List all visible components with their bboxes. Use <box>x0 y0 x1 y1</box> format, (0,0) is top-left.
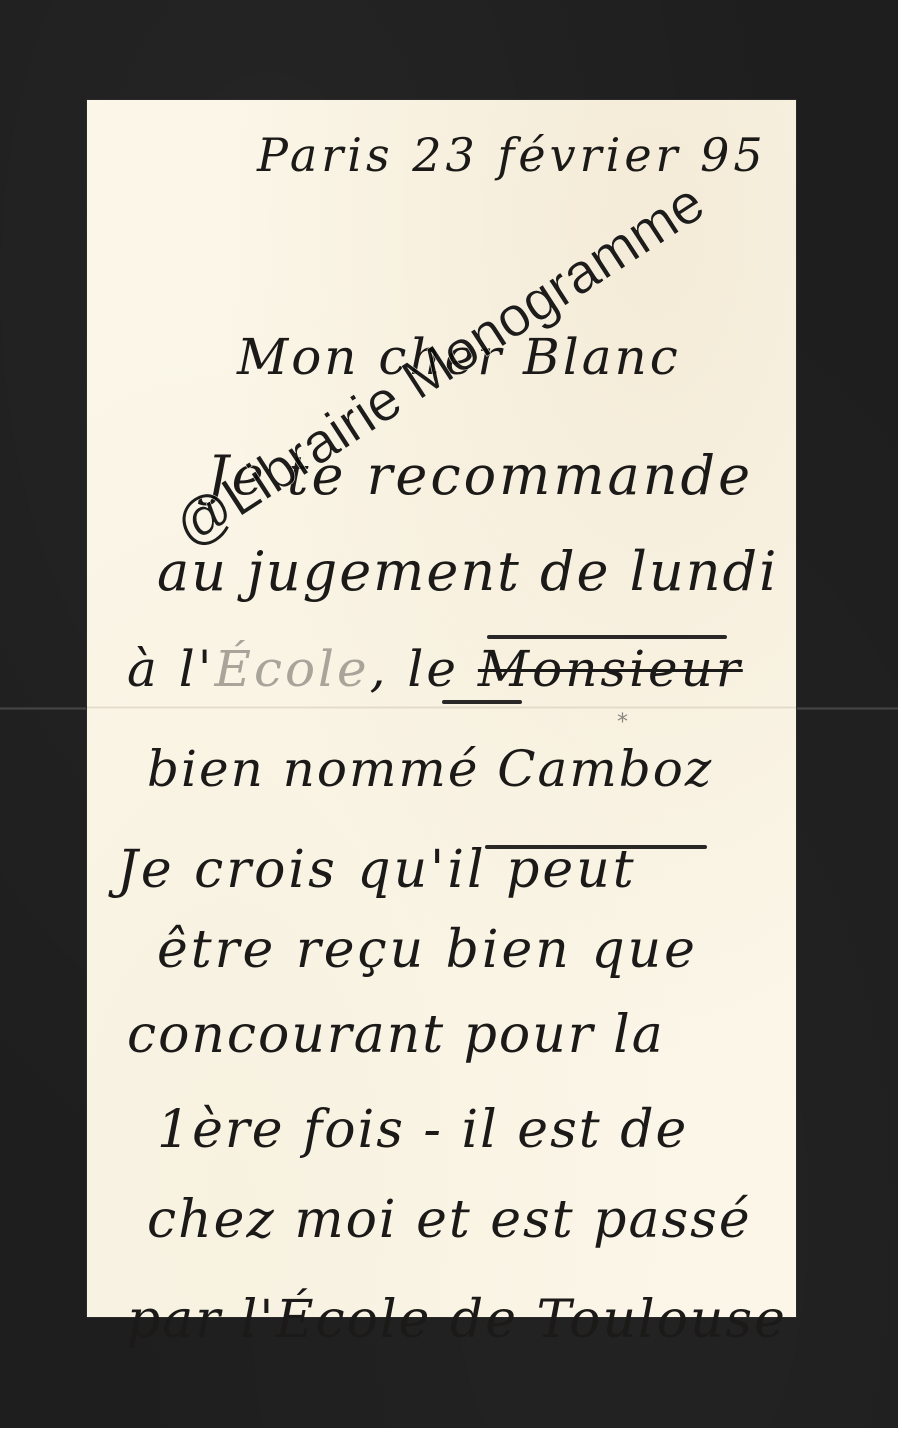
letter-line-6: être reçu bien que <box>157 920 698 980</box>
letter-line-9: chez moi et est passé <box>147 1190 752 1250</box>
letter-line-5: Je crois qu'il peut <box>117 840 637 900</box>
letter-card: Paris 23 février 95 Mon cher Blanc Je te… <box>87 100 796 1317</box>
letter-date: Paris 23 février 95 <box>257 128 767 182</box>
letter-line-2: au jugement de lundi <box>157 540 778 603</box>
letter-line-8: 1ère fois - il est de <box>157 1100 688 1160</box>
letter-line-3-suffix: , le <box>370 640 478 698</box>
stroke-line-3 <box>487 635 727 639</box>
faded-word: École <box>214 640 369 698</box>
scan-edge-right <box>898 0 902 1433</box>
stroke-line-4 <box>442 700 522 704</box>
letter-line-3: à l'École, le Monsieur <box>127 640 743 698</box>
letter-line-4: bien nommé Camboz <box>147 740 713 798</box>
letter-line-7: concourant pour la <box>127 1005 665 1065</box>
crossed-out-word: Monsieur <box>478 640 743 698</box>
letter-line-10: par l'École de Toulouse <box>127 1290 787 1350</box>
fold-crease-card <box>87 706 796 709</box>
letter-line-3-prefix: à l' <box>127 640 214 698</box>
scan-edge-bottom <box>0 1428 902 1433</box>
asterisk-mark: * <box>617 710 628 735</box>
